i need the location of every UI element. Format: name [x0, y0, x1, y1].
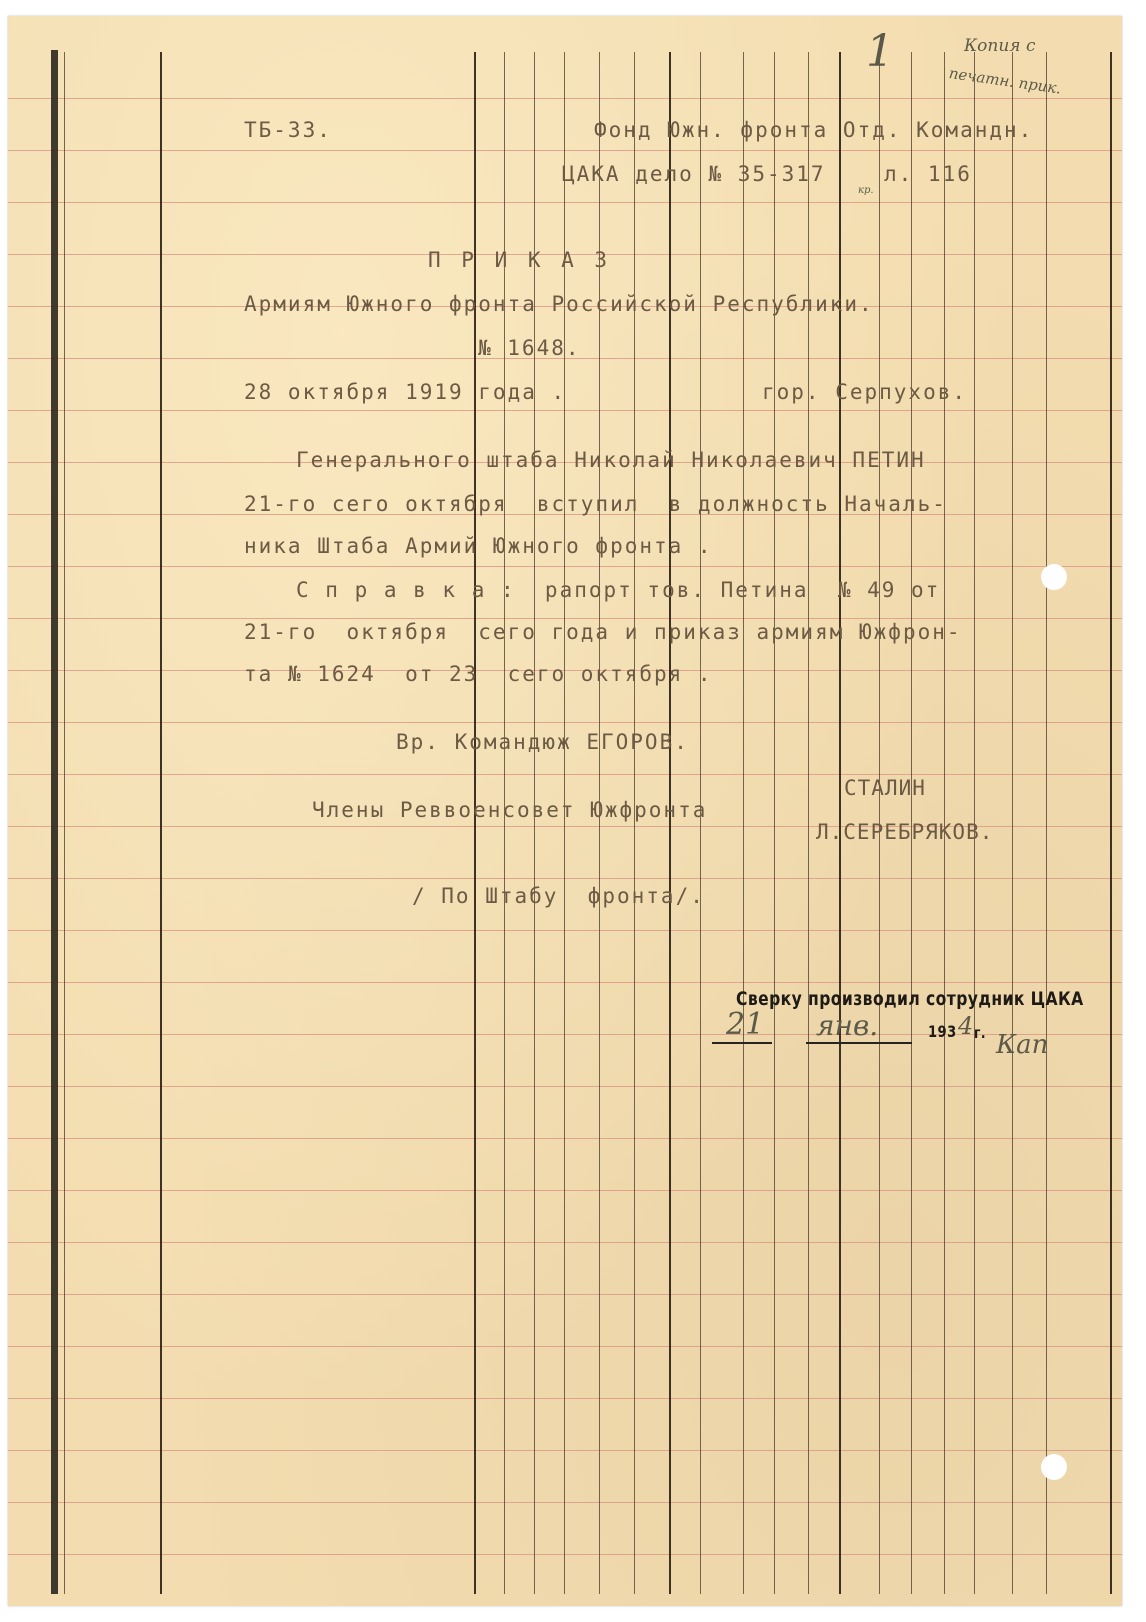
handwritten-note-line1: Копия с	[964, 38, 1035, 55]
ruling-line	[8, 202, 1122, 203]
stamp-day-underline	[712, 1042, 772, 1044]
footer-by-staff: / По Штабу фронта/.	[412, 886, 705, 907]
column-rule	[1110, 52, 1112, 1594]
commander-signature: Вр. Командюж ЕГОРОВ.	[396, 732, 689, 753]
body-para1-line2: 21-го сего октября вступил в должность Н…	[244, 494, 947, 515]
column-rule	[808, 52, 809, 1594]
stamp-month-underline	[806, 1042, 912, 1044]
ruling-line	[8, 150, 1122, 151]
ruling-line	[8, 722, 1122, 723]
punch-hole	[1041, 1454, 1067, 1480]
column-rule	[160, 52, 162, 1594]
ruling-line	[8, 1346, 1122, 1347]
verification-stamp: Сверку производил сотрудник ЦАКА	[736, 990, 1084, 1009]
column-rule	[1012, 52, 1013, 1594]
order-title: П Р И К А З	[428, 250, 611, 271]
column-rule	[534, 52, 535, 1594]
punch-hole	[1041, 564, 1067, 590]
archive-line-sheet: л. 116	[884, 164, 972, 185]
archive-line-superscript: кр.	[858, 186, 874, 196]
archive-line-prefix: ЦАКА дело № 35-317	[562, 164, 826, 185]
order-number: № 1648.	[478, 338, 581, 359]
stamp-day-handwritten: 21	[726, 1010, 764, 1040]
ruling-line	[8, 982, 1122, 983]
column-rule	[700, 52, 701, 1594]
ruling-line	[8, 1554, 1122, 1555]
fond-line: Фонд Южн. фронта Отд. Командн.	[594, 120, 1033, 141]
margin-rule-thick	[51, 50, 58, 1594]
body-para1-line1: Генерального штаба Николай Николаевич ПЕ…	[296, 450, 926, 471]
column-rule	[669, 52, 671, 1594]
body-para2-line1: С п р а в к а : рапорт тов. Петина № 49 …	[296, 580, 940, 601]
ruling-line	[8, 1502, 1122, 1503]
ruling-line	[8, 1398, 1122, 1399]
ruling-line	[8, 774, 1122, 775]
ruling-line	[8, 410, 1122, 411]
ruling-line	[8, 930, 1122, 931]
margin-rule	[64, 52, 65, 1594]
column-rule	[474, 52, 476, 1594]
body-para2-line3: та № 1624 от 23 сего октября .	[244, 664, 713, 685]
column-rule	[774, 52, 775, 1594]
ruling-line	[8, 98, 1122, 99]
order-place: гор. Серпухов.	[762, 382, 967, 403]
member-stalin: СТАЛИН	[844, 778, 926, 799]
ruling-line	[8, 1138, 1122, 1139]
ruling-line	[8, 1242, 1122, 1243]
column-rule	[634, 52, 635, 1594]
member-serebryakov: Л.СЕРЕБРЯКОВ.	[816, 822, 993, 843]
ruling-line	[8, 1086, 1122, 1087]
ruling-line	[8, 618, 1122, 619]
body-para2-line2: 21-го октября сего года и приказ армиям …	[244, 622, 962, 643]
body-para1-line3: ника Штаба Армий Южного фронта .	[244, 536, 713, 557]
stamp-initials-handwritten: Кап	[996, 1032, 1048, 1058]
column-rule	[743, 52, 744, 1594]
column-rule	[504, 52, 505, 1594]
page-number-handwritten: 1	[866, 30, 894, 74]
ruling-line	[8, 566, 1122, 567]
stamp-year-handwritten: 4	[958, 1014, 973, 1038]
stamp-year-suffix: г.	[974, 1026, 986, 1041]
ruling-line	[8, 1294, 1122, 1295]
ruling-line	[8, 878, 1122, 879]
column-rule	[564, 52, 565, 1594]
ruling-line	[8, 1450, 1122, 1451]
order-addressee: Армиям Южного фронта Российской Республи…	[244, 294, 874, 315]
stamp-year-typed: 193	[928, 1024, 957, 1040]
ruling-line	[8, 1190, 1122, 1191]
stamp-month-handwritten: янв.	[816, 1012, 878, 1040]
council-label: Члены Реввоенсовет Южфронта	[312, 800, 707, 821]
catalog-code: ТБ-33.	[244, 120, 332, 141]
column-rule	[1046, 52, 1047, 1594]
column-rule	[599, 52, 600, 1594]
order-date: 28 октября 1919 года .	[244, 382, 566, 403]
